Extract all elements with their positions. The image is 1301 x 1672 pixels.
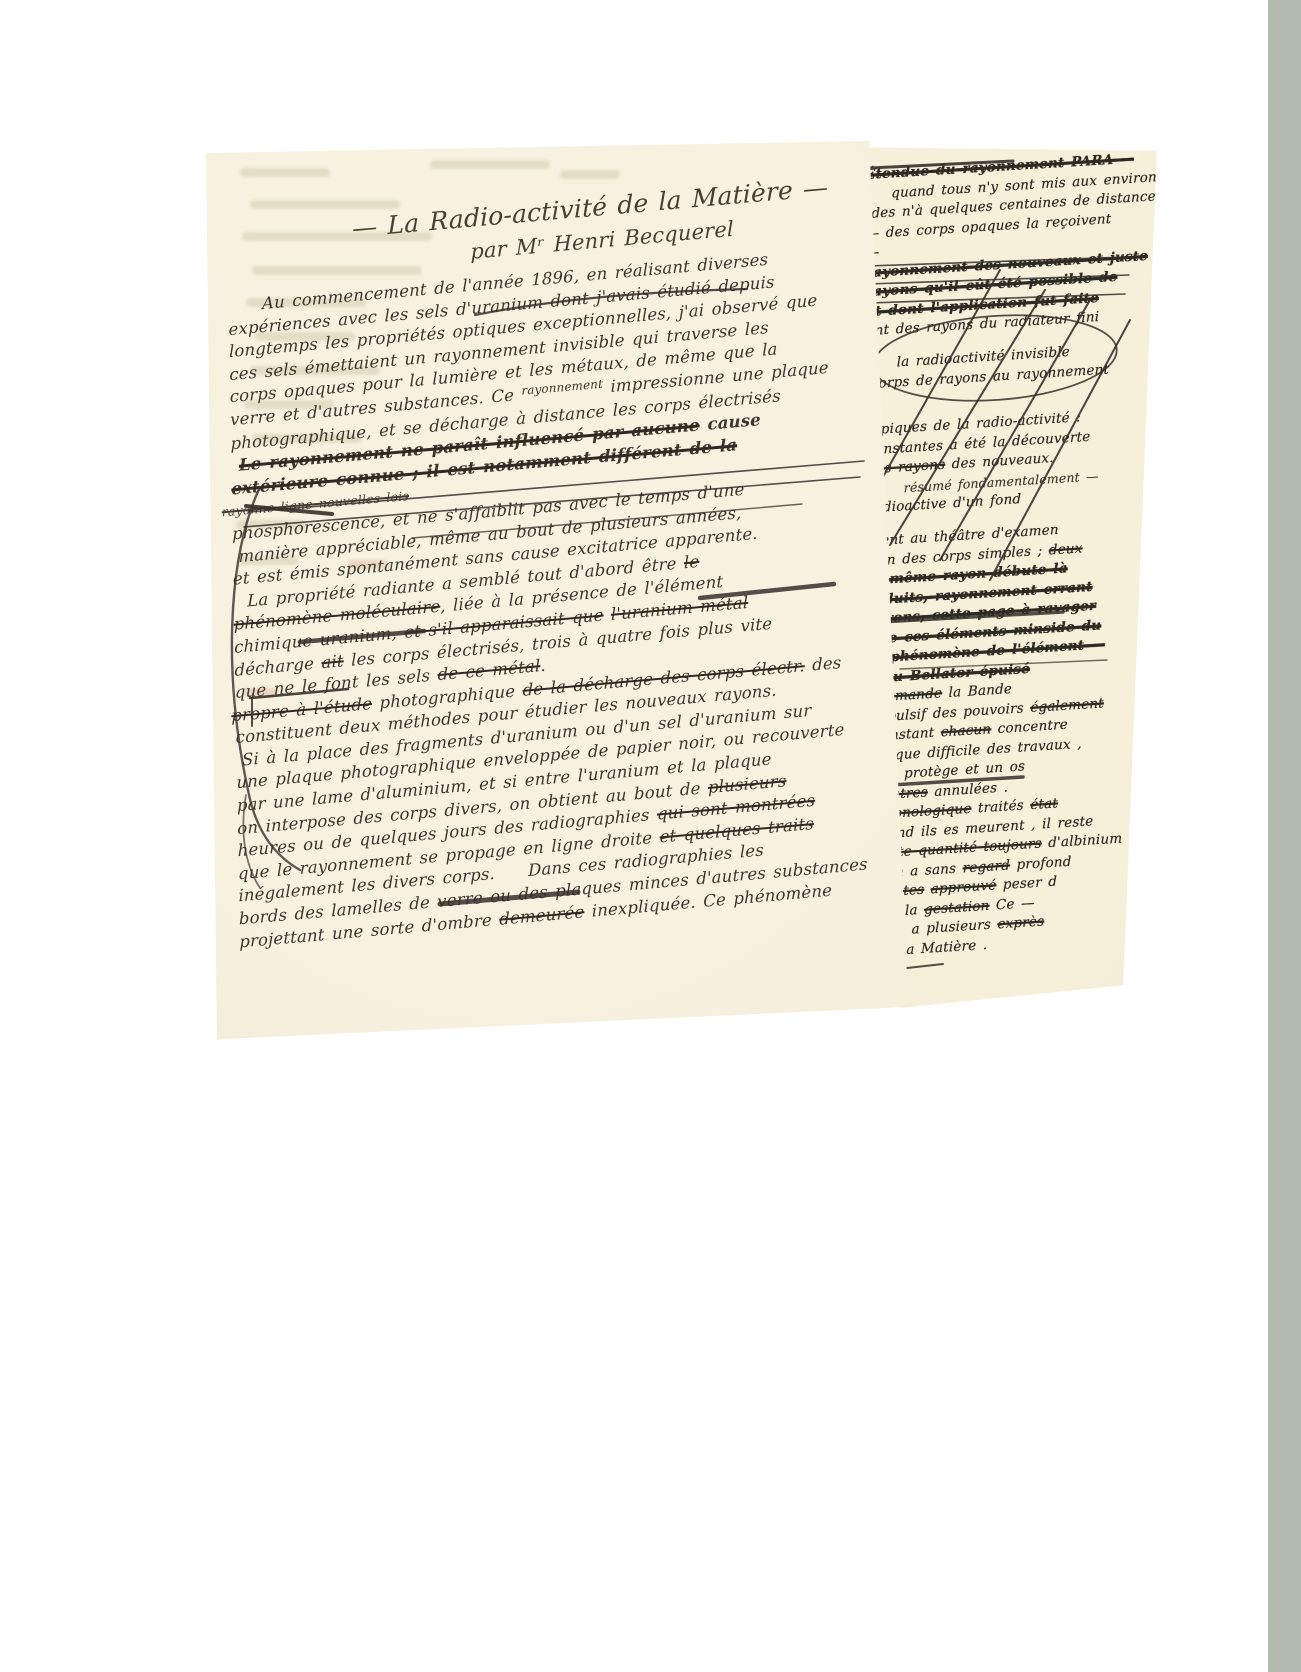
page-1-text: Au commencement de l'année 1896, en réal… xyxy=(228,240,885,954)
right-border-band xyxy=(1268,0,1301,1672)
page-2-text: Étendue du rayonnement PARA —quand tous … xyxy=(865,148,1165,962)
bleed-through-mark xyxy=(560,170,620,179)
bleed-through-mark xyxy=(240,168,330,177)
bleed-through-mark xyxy=(430,160,550,169)
manuscript-photo: Étendue du rayonnement PARA —quand tous … xyxy=(0,0,1301,1672)
manuscript-page-1: — La Radio-activité de la Matière — par … xyxy=(202,140,914,1043)
bleed-through-mark xyxy=(250,200,400,209)
